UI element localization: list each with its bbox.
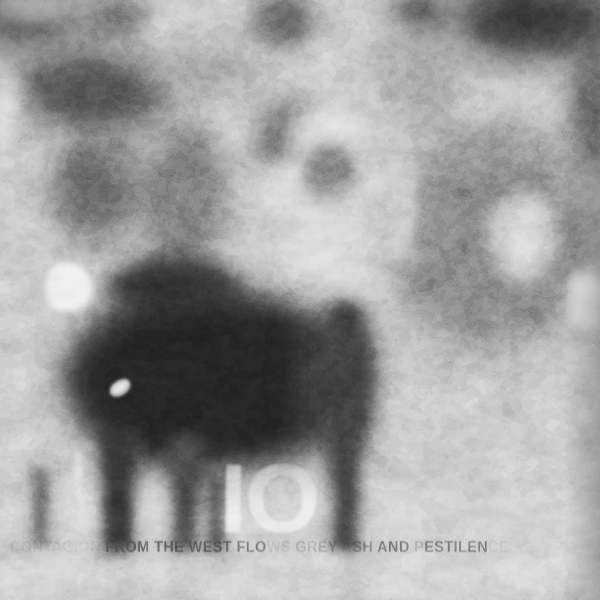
ink-smudge: [360, 30, 470, 130]
ink-mass: [55, 280, 365, 480]
caption-segment: A: [341, 539, 352, 556]
ink-smudge: [250, 95, 345, 185]
light-patch: [495, 195, 550, 275]
ink-smudge: [390, 0, 450, 35]
ink-smudge: [85, 0, 155, 40]
caption-segment: CE: [488, 539, 509, 556]
ink-drip: [28, 465, 52, 550]
light-patch: [255, 165, 335, 215]
caption-segment: SH: [352, 539, 377, 556]
caption-segment: CONTAGION: [10, 539, 105, 556]
watermark-glyphs: IO: [220, 450, 318, 547]
light-patch: [0, 55, 14, 155]
ink-mass: [300, 300, 380, 460]
white-scratch: [108, 377, 131, 398]
caption-segment: FROM THE WEST: [105, 539, 236, 556]
caption-segment: GREY: [295, 539, 341, 556]
ink-smudge: [150, 40, 270, 110]
ink-smudge: [0, 0, 80, 45]
ink-smudge: [10, 45, 180, 140]
ink-drip: [98, 430, 138, 600]
white-blot: [572, 272, 600, 327]
light-patch: [0, 0, 70, 20]
artwork-canvas: IO CONTAGION FROM THE WEST FLOWS GREY AS…: [0, 0, 600, 600]
light-patch: [295, 100, 370, 170]
white-scratch: [73, 450, 83, 495]
white-blot: [46, 263, 92, 311]
ink-smudge: [40, 130, 150, 250]
light-patch: [355, 160, 450, 220]
light-band: [0, 555, 600, 600]
ink-mass: [100, 255, 240, 315]
ink-drip: [168, 435, 202, 600]
ink-smudge: [245, 0, 320, 55]
ink-smudge: [455, 0, 600, 65]
caption-segment: FLO: [237, 539, 267, 556]
ink-smudge: [380, 120, 600, 360]
caption-segment: WS: [267, 539, 296, 556]
ink-smudge: [560, 40, 600, 180]
caption-segment: AND: [377, 539, 414, 556]
light-patch: [383, 150, 413, 260]
ink-smudge: [300, 140, 360, 210]
caption-segment: P: [414, 539, 424, 556]
ink-smudge: [135, 120, 235, 270]
caption-text: CONTAGION FROM THE WEST FLOWS GREY ASH A…: [10, 539, 541, 557]
light-patch: [275, 200, 405, 310]
caption-segment: ESTILEN: [424, 539, 488, 556]
ink-smudge: [545, 588, 585, 600]
